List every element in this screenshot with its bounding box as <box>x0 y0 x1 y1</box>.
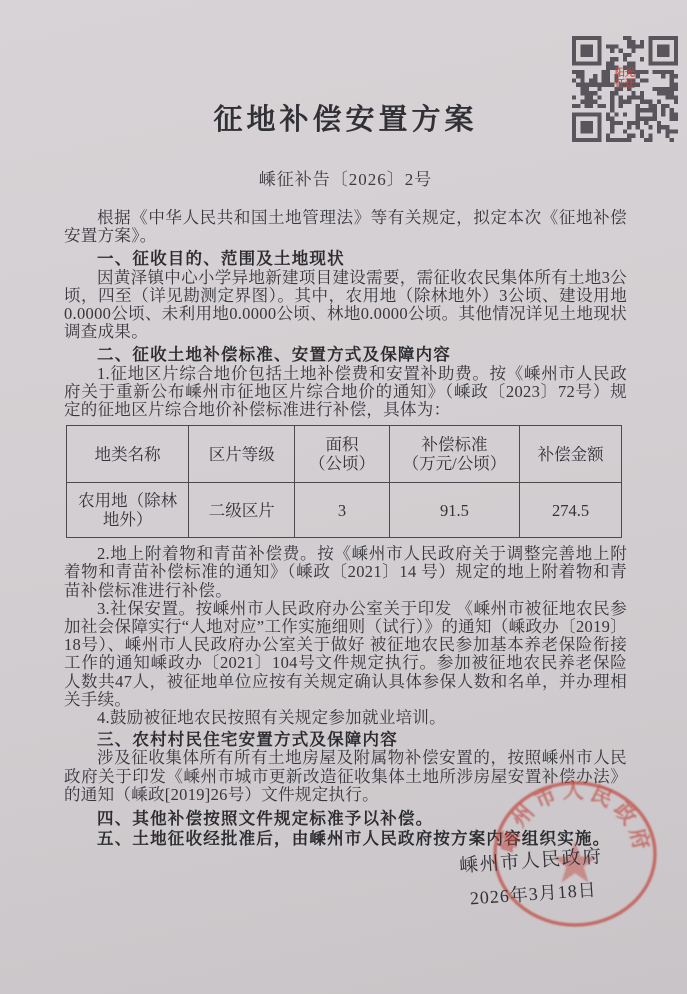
table-cell-standard: 91.5 <box>389 483 520 538</box>
paragraph-1: 因黄泽镇中心小学异地新建项目建设需要，需征收农民集体所有土地3公顷，四至（详见勘… <box>64 269 627 342</box>
document-content: 征地补偿安置方案 嵊征补告〔2026〕2号 根据《中华人民共和国土地管理法》等有… <box>64 0 627 848</box>
section-heading-3: 三、农村村民住宅安置方式及保障内容 <box>64 731 627 749</box>
table-header-amount: 补偿金额 <box>520 426 622 483</box>
table-cell-amount: 274.5 <box>520 483 622 538</box>
section-heading-1: 一、征收目的、范围及土地现状 <box>64 250 627 268</box>
paragraph-2-1: 1.征地区片综合地价包括土地补偿费和安置补助费。按《嵊州市人民政府关于重新公布嵊… <box>64 365 627 420</box>
table-header-standard: 补偿标准（万元/公顷） <box>389 426 520 483</box>
paragraph-2-3: 3.社保安置。按嵊州市人民政府办公室关于印发 《嵊州市被征地农民参加社会保障实行… <box>64 600 627 709</box>
table-row: 农用地（除林地外） 二级区片 3 91.5 274.5 <box>67 483 622 538</box>
compensation-table: 地类名称 区片等级 面积（公顷） 补偿标准（万元/公顷） 补偿金额 <box>66 425 622 538</box>
table-header-row: 地类名称 区片等级 面积（公顷） 补偿标准（万元/公顷） 补偿金额 <box>67 426 622 483</box>
doc-number: 嵊征补告〔2026〕2号 <box>64 165 627 190</box>
table-header-zone-level: 区片等级 <box>189 426 295 483</box>
table-cell-zone-level: 二级区片 <box>189 483 295 538</box>
section-heading-2: 二、征收土地补偿标准、安置方式及保障内容 <box>64 346 627 364</box>
table-cell-area: 3 <box>295 483 390 538</box>
page-title: 征地补偿安置方案 <box>64 97 627 138</box>
table-header-area: 面积（公顷） <box>295 426 390 483</box>
intro-paragraph: 根据《中华人民共和国土地管理法》等有关规定，拟定本次《征地补偿安置方案》。 <box>64 209 627 245</box>
table-cell-land-type: 农用地（除林地外） <box>67 483 189 538</box>
table-header-land-type: 地类名称 <box>67 426 189 483</box>
document-page: 阳光 征迁 征地补偿安置方案 嵊征补告〔2026〕2号 根据《中华人民共和国土地… <box>0 0 687 994</box>
paragraph-2-4: 4.鼓励被征地农民按照有关规定参加就业培训。 <box>64 709 627 727</box>
paragraph-2-2: 2.地上附着物和青苗补偿费。按《嵊州市人民政府关于调整完善地上附着物和青苗补偿标… <box>64 545 627 600</box>
